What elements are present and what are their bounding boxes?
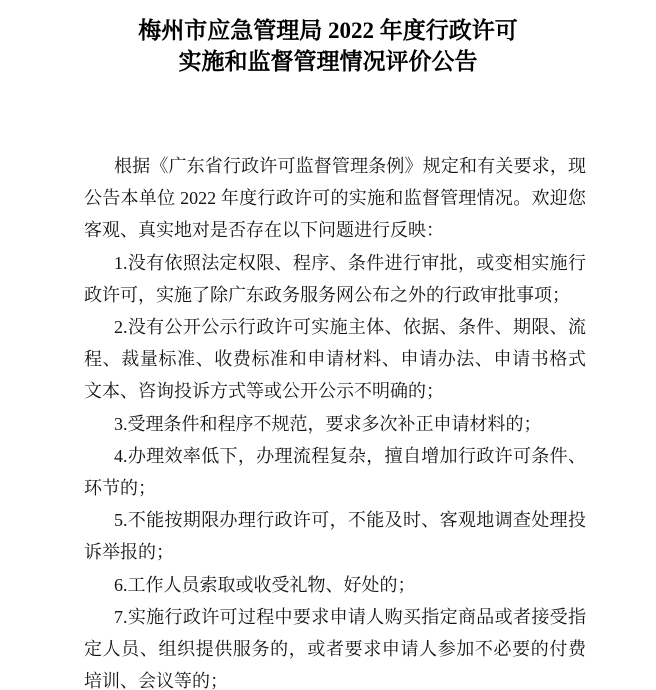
announcement-document: 梅州市应急管理局 2022 年度行政许可 实施和监督管理情况评价公告 根据《广东… [0,0,656,690]
issue-item-4: 4.办理效率低下，办理流程复杂，擅自增加行政许可条件、环节的； [84,440,586,504]
intro-paragraph: 根据《广东省行政许可监督管理条例》规定和有关要求，现公告本单位 2022 年度行… [84,150,586,247]
issue-item-3: 3.受理条件和程序不规范，要求多次补正申请材料的； [84,408,586,440]
page-title-line-2: 实施和监督管理情况评价公告 [0,46,656,77]
issue-item-5: 5.不能按期限办理行政许可，不能及时、客观地调查处理投诉举报的； [84,504,586,568]
document-body: 根据《广东省行政许可监督管理条例》规定和有关要求，现公告本单位 2022 年度行… [84,150,586,690]
issue-item-7: 7.实施行政许可过程中要求申请人购买指定商品或者接受指定人员、组织提供服务的，或… [84,601,586,690]
issue-item-2: 2.没有公开公示行政许可实施主体、依据、条件、期限、流程、裁量标准、收费标准和申… [84,311,586,408]
issue-item-6: 6.工作人员索取或收受礼物、好处的； [84,569,586,601]
page-title: 梅州市应急管理局 2022 年度行政许可 实施和监督管理情况评价公告 [0,15,656,77]
issue-item-1: 1.没有依照法定权限、程序、条件进行审批，或变相实施行政许可，实施了除广东政务服… [84,247,586,311]
page-title-line-1: 梅州市应急管理局 2022 年度行政许可 [0,15,656,46]
